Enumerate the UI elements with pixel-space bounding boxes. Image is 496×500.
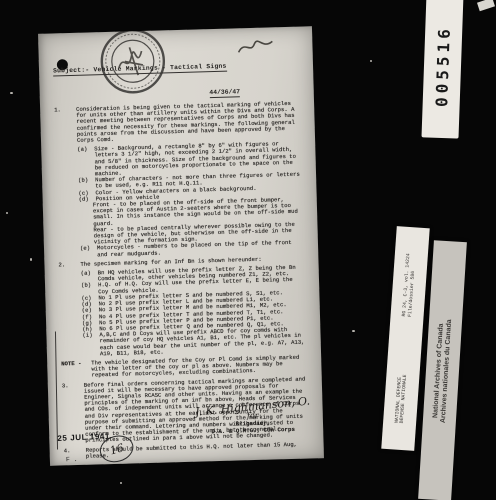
national-archives-label: National Archives of Canada Archives nat… <box>431 318 453 423</box>
film-speck <box>30 258 32 261</box>
film-speck <box>10 92 13 94</box>
national-defence-label: NATIONAL DEFENCE DÉFENSE NATIONALE <box>394 374 408 424</box>
subject-label: Subject:- <box>53 66 90 74</box>
film-speck <box>120 482 122 484</box>
film-speck <box>352 330 355 332</box>
scanned-document-page: Subject:- Vehicle Markings - Tactical Si… <box>38 26 324 465</box>
note-label: NOTE - <box>61 360 92 379</box>
paragraph-1: 1. Consideration is being given to the t… <box>54 101 300 145</box>
film-speck <box>6 212 8 214</box>
signature-block: J. K. Highmanson, O. for Brigadier, D.A.… <box>186 398 319 436</box>
record-group-reference: RG 24, C-3, vol. 14224 File/dossier 586 <box>401 253 417 317</box>
paragraph-text: Consideration is being given to the tact… <box>76 101 300 144</box>
file-initial-mark: F . <box>66 456 78 463</box>
frame-number-digits: 005516 <box>432 25 454 107</box>
paragraph-2-items: (a) Bn HQ vehicles will use the prefix l… <box>81 265 306 358</box>
paragraph-1-items: (a) Size - Background, a rectangle 8" by… <box>77 141 303 259</box>
paragraph-number: 1. <box>54 107 77 145</box>
film-speck <box>370 60 372 62</box>
film-corner-notch <box>477 0 495 11</box>
circular-receipt-stamp <box>96 26 170 100</box>
handwritten-margin-mark <box>234 33 277 60</box>
list-item: (i) A,B,C and D Coys will use prefix ABC… <box>82 327 306 358</box>
note-text: The vehicle designated for the Coy or Pl… <box>91 354 306 379</box>
paragraph-number: 2. <box>58 262 80 269</box>
frame-number-strip: 005516 <box>421 0 463 139</box>
microfilm-frame: Subject:- Vehicle Markings - Tactical Si… <box>0 0 496 500</box>
margin-pen-line <box>55 332 58 450</box>
reference-number: 44/36/47 <box>180 87 270 97</box>
